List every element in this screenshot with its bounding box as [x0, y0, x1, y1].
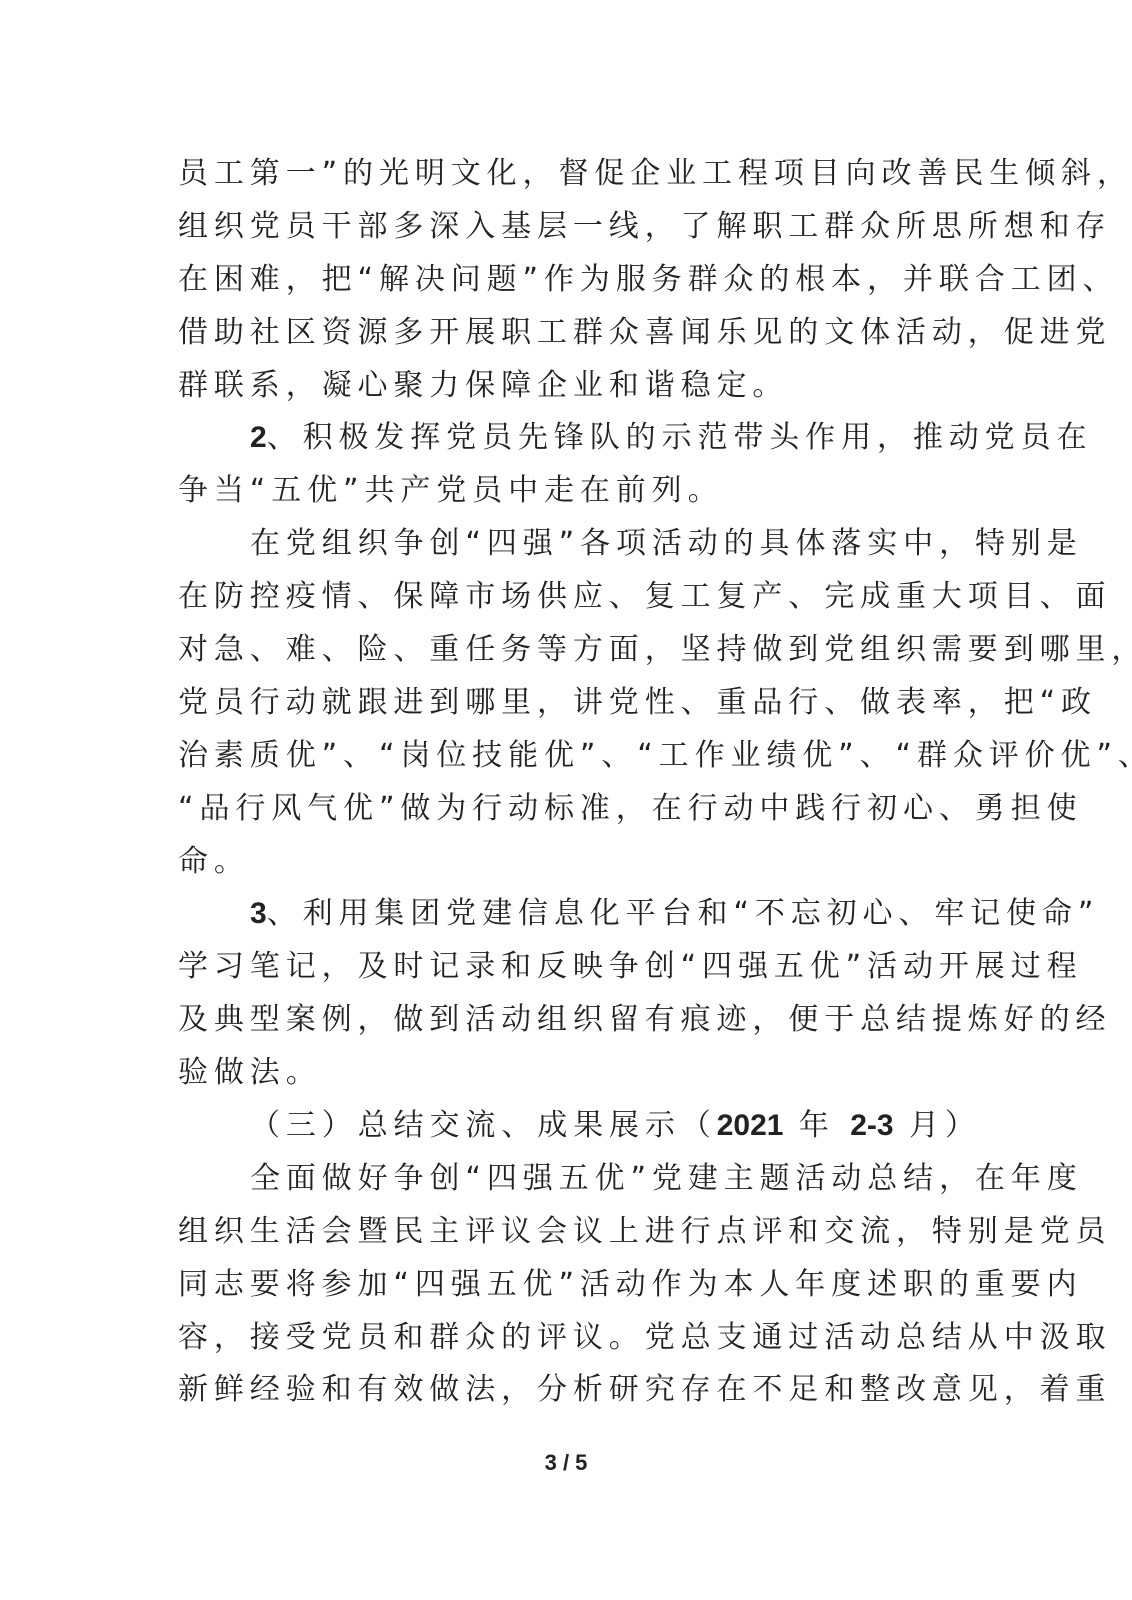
paragraph-line: 借助社区资源多开展职工群众喜闻乐见的文体活动，促进党: [178, 307, 942, 360]
paragraph-line: 对急、难、险、重任务等方面，坚持做到党组织需要到哪里，: [178, 624, 942, 677]
paragraph-line: 同志要将参加“四强五优”活动作为本人年度述职的重要内: [178, 1259, 942, 1312]
paragraph-line: 在防控疫情、保障市场供应、复工复产、完成重大项目、面: [178, 571, 942, 624]
section-year: 2021: [717, 1109, 784, 1142]
paragraph-line: 全面做好争创“四强五优”党建主题活动总结，在年度: [178, 1153, 942, 1206]
paragraph-line: 员工第一”的光明文化，督促企业工程项目向改善民生倾斜，: [178, 148, 942, 201]
section-heading: （三）总结交流、成果展示（2021 年 2-3 月）: [178, 1100, 942, 1153]
list-item-text: 、利用集团党建信息化平台和“不忘初心、牢记使命”: [267, 896, 1100, 931]
paragraph-line: 及典型案例，做到活动组织留有痕迹，便于总结提炼好的经: [178, 994, 942, 1047]
paragraph-line: 验做法。: [178, 1047, 942, 1100]
paragraph-line: 新鲜经验和有效做法，分析研究存在不足和整改意见，着重: [178, 1364, 942, 1417]
paragraph-line: 在困难，把“解决问题”作为服务群众的根本，并联合工团、: [178, 254, 942, 307]
paragraph-line: 容，接受党员和群众的评议。党总支通过活动总结从中汲取: [178, 1312, 942, 1365]
page-number: 3 / 5: [0, 1450, 1132, 1476]
paragraph-line: 争当“五优”共产党员中走在前列。: [178, 465, 942, 518]
section-heading-text: 月）: [894, 1108, 981, 1143]
list-item-3-line: 3、利用集团党建信息化平台和“不忘初心、牢记使命”: [178, 888, 942, 941]
document-body: 员工第一”的光明文化，督促企业工程项目向改善民生倾斜， 组织党员干部多深入基层一…: [178, 148, 942, 1417]
section-heading-text: （三）总结交流、成果展示（: [250, 1108, 717, 1143]
paragraph-line: 群联系，凝心聚力保障企业和谐稳定。: [178, 360, 942, 413]
paragraph-line: 治素质优”、“岗位技能优”、“工作业绩优”、“群众评价优”、: [178, 730, 942, 783]
paragraph-line: 学习笔记，及时记录和反映争创“四强五优”活动开展过程: [178, 941, 942, 994]
list-item-text: 、积极发挥党员先锋队的示范带头作用，推动党员在: [267, 420, 1093, 455]
paragraph-line: 组织生活会暨民主评议会议上进行点评和交流，特别是党员: [178, 1206, 942, 1259]
document-page: 员工第一”的光明文化，督促企业工程项目向改善民生倾斜， 组织党员干部多深入基层一…: [0, 0, 1132, 1600]
paragraph-line: 命。: [178, 836, 942, 889]
section-heading-text: 年: [783, 1108, 850, 1143]
list-item-2-line: 2、积极发挥党员先锋队的示范带头作用，推动党员在: [178, 412, 942, 465]
list-number: 3: [250, 897, 267, 930]
paragraph-line: “品行风气优”做为行动标准，在行动中践行初心、勇担使: [178, 783, 942, 836]
paragraph-line: 党员行动就跟进到哪里，讲党性、重品行、做表率，把“政: [178, 677, 942, 730]
paragraph-line: 组织党员干部多深入基层一线，了解职工群众所思所想和存: [178, 201, 942, 254]
paragraph-line: 在党组织争创“四强”各项活动的具体落实中，特别是: [178, 518, 942, 571]
section-months: 2-3: [850, 1109, 893, 1142]
list-number: 2: [250, 421, 267, 454]
